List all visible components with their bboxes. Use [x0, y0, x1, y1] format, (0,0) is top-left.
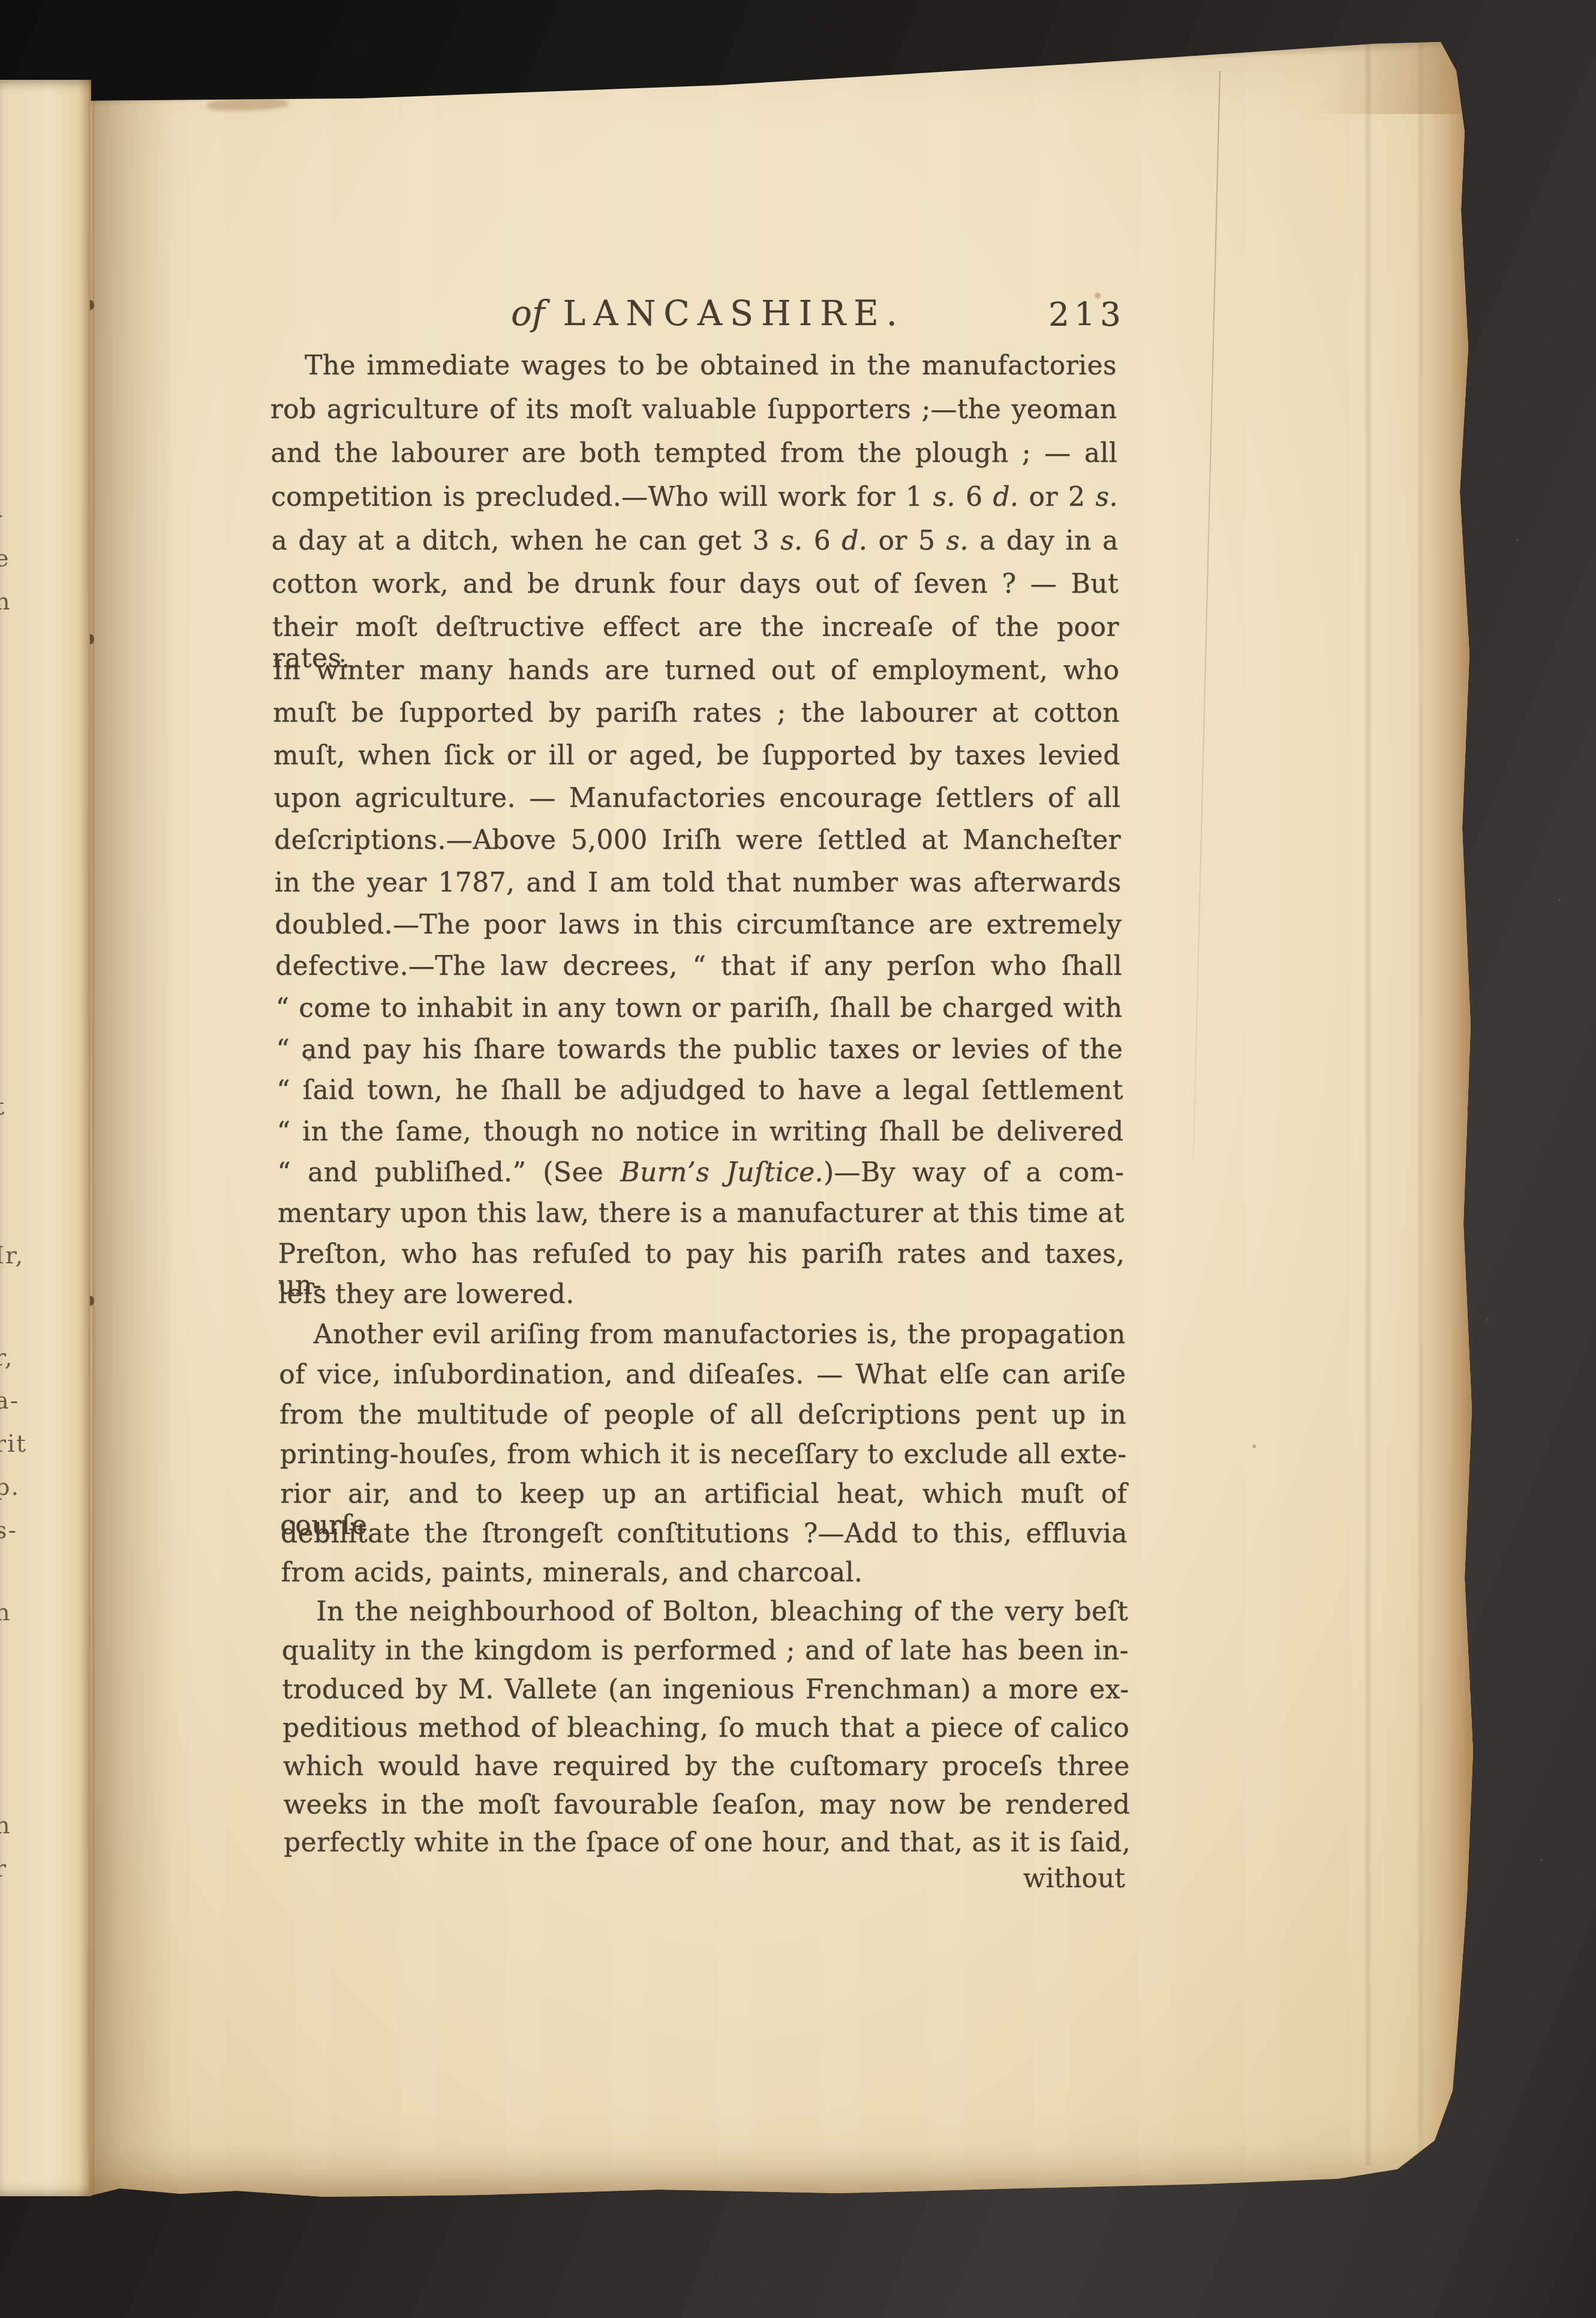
text-segment: Burn’s Juſtice.	[620, 1157, 823, 1188]
text-line: troduced by M. Vallete (an ingenious Fre…	[282, 1674, 1129, 1707]
text-segment: of vice, inſubordination, and diſeaſes. …	[279, 1359, 1126, 1390]
text-segment: debilitate the ſtrongeſt conſtitutions ?…	[281, 1518, 1128, 1549]
margin-fragment: e	[0, 545, 10, 572]
book-page: ofLANCASHIRE. 213 The immediate wages to…	[84, 36, 1483, 2202]
page-number: 213	[1048, 295, 1126, 334]
text-segment: or 2	[1018, 482, 1095, 512]
text-line: doubled.—The poor laws in this circumſta…	[275, 909, 1122, 942]
text-segment: in the year 1787, and I am told that num…	[275, 867, 1122, 898]
text-line: “ come to inhabit in any town or pariſh,…	[276, 993, 1123, 1025]
text-segment: d.	[993, 482, 1019, 512]
text-segment: rob agriculture of its moſt valuable ſup…	[270, 394, 1117, 425]
text-segment: s.	[933, 482, 955, 512]
facing-page-edge: -entIr,r,a-ritp.s-hhr	[0, 80, 91, 2196]
text-line: mentary upon this law, there is a manufa…	[278, 1198, 1125, 1230]
margin-fragment: p.	[0, 1473, 20, 1501]
margin-fragment: Ir,	[0, 1242, 24, 1269]
text-line: printing-houſes, from which it is neceſſ…	[280, 1439, 1127, 1472]
margin-fragment: a-	[0, 1387, 19, 1415]
text-segment: competition is precluded.—Who will work …	[271, 482, 933, 512]
text-segment: cotton work, and be drunk four days out …	[272, 569, 1119, 599]
text-line: In the neighbourhood of Bolton, bleachin…	[316, 1596, 1128, 1629]
text-segment: “ and pay his ſhare towards the public t…	[276, 1034, 1123, 1065]
text-segment: In the neighbourhood of Bolton, bleachin…	[316, 1596, 1128, 1627]
text-segment: a day at a ditch, when he can get 3	[272, 526, 781, 556]
margin-fragment: -	[0, 501, 4, 529]
text-segment: “ ſaid town, he ſhall be adjudged to hav…	[276, 1075, 1123, 1106]
text-line: peditious method of bleaching, ſo much t…	[282, 1713, 1129, 1745]
text-segment: weeks in the moſt favourable ſeaſon, may…	[283, 1789, 1130, 1820]
text-line: “ ſaid town, he ſhall be adjudged to hav…	[276, 1075, 1123, 1107]
text-line: rior air, and to keep up an artificial h…	[280, 1479, 1127, 1511]
text-segment: 6	[955, 482, 993, 512]
text-line: rob agriculture of its moſt valuable ſup…	[270, 394, 1117, 427]
text-line: from the multitude of people of all deſc…	[279, 1400, 1126, 1432]
text-segment: “ come to inhabit in any town or pariſh,…	[276, 993, 1123, 1023]
text-segment: from acids, paints, minerals, and charco…	[281, 1557, 863, 1588]
text-block: ofLANCASHIRE. 213 The immediate wages to…	[84, 36, 1483, 2202]
text-line: Preſton, who has refuſed to pay his pari…	[278, 1239, 1125, 1271]
text-line: a day at a ditch, when he can get 3 s. 6…	[272, 526, 1119, 558]
margin-fragment: rit	[0, 1430, 27, 1458]
text-line: deſcriptions.—Above 5,000 Iriſh were ſet…	[274, 825, 1121, 857]
text-segment: quality in the kingdom is performed ; an…	[282, 1635, 1129, 1666]
text-segment: mentary upon this law, there is a manufa…	[278, 1198, 1125, 1229]
text-segment: In winter many hands are turned out of e…	[272, 655, 1119, 686]
text-line: Another evil ariſing from manufactories …	[314, 1319, 1126, 1352]
margin-fragment: n	[0, 588, 11, 615]
margin-fragment: h	[0, 1812, 11, 1839]
text-line: which would have required by the cuſtoma…	[283, 1751, 1130, 1783]
text-segment: and the labourer are both tempted from t…	[270, 438, 1117, 469]
text-segment: s.	[1096, 482, 1118, 512]
margin-fragment: h	[0, 1599, 11, 1626]
text-line: cotton work, and be drunk four days out …	[272, 569, 1119, 601]
text-segment: a day in a	[969, 526, 1119, 556]
text-segment: which would have required by the cuſtoma…	[283, 1751, 1130, 1782]
text-line: quality in the kingdom is performed ; an…	[282, 1635, 1129, 1668]
margin-fragment: t	[0, 1093, 5, 1121]
text-line: in the year 1787, and I am told that num…	[275, 867, 1122, 900]
text-segment: muſt, when ſick or ill or aged, be ſuppo…	[273, 740, 1120, 771]
header-title: LANCASHIRE.	[563, 294, 905, 334]
text-line: competition is precluded.—Who will work …	[271, 482, 1118, 514]
text-line: The immediate wages to be obtained in th…	[305, 350, 1117, 383]
text-segment: s.	[946, 526, 969, 556]
text-segment: or 5	[867, 526, 946, 556]
text-line: leſs they are lowered.	[278, 1279, 1125, 1311]
text-line: from acids, paints, minerals, and charco…	[281, 1557, 1128, 1590]
text-line: debilitate the ſtrongeſt conſtitutions ?…	[281, 1518, 1128, 1551]
text-segment: leſs they are lowered.	[278, 1279, 574, 1310]
text-line: their moſt deſtructive effect are the in…	[272, 612, 1119, 644]
text-segment: from the multitude of people of all deſc…	[279, 1400, 1126, 1430]
text-line: muſt be ſupported by pariſh rates ; the …	[273, 698, 1120, 730]
header-section-label: of	[511, 293, 545, 334]
text-line: and the labourer are both tempted from t…	[270, 438, 1117, 470]
text-segment: muſt be ſupported by pariſh rates ; the …	[273, 698, 1120, 728]
text-segment: s.	[780, 526, 802, 556]
text-segment: doubled.—The poor laws in this circumſta…	[275, 909, 1122, 940]
text-segment: troduced by M. Vallete (an ingenious Fre…	[282, 1674, 1129, 1705]
text-line: perfectly white in the ſpace of one hour…	[284, 1827, 1131, 1860]
text-line: “ and pay his ſhare towards the public t…	[276, 1034, 1123, 1067]
margin-fragment: r,	[0, 1344, 13, 1371]
text-segment: perfectly white in the ſpace of one hour…	[284, 1827, 1131, 1858]
text-segment: d.	[841, 526, 867, 556]
margin-fragment: r	[0, 1855, 7, 1882]
running-header: ofLANCASHIRE.	[511, 293, 905, 334]
margin-fragment: s-	[0, 1517, 17, 1544]
text-segment: printing-houſes, from which it is neceſſ…	[280, 1439, 1127, 1470]
text-segment: defective.—The law decrees, “ that if an…	[275, 951, 1122, 981]
text-segment: )—By way of a com-	[823, 1157, 1124, 1188]
text-segment: Another evil ariſing from manufactories …	[314, 1319, 1126, 1350]
text-line: weeks in the moſt favourable ſeaſon, may…	[283, 1789, 1130, 1822]
book-scan: -entIr,r,a-ritp.s-hhr ofLANCASHIRE. 213 …	[0, 0, 1596, 2318]
text-line: defective.—The law decrees, “ that if an…	[275, 951, 1122, 983]
text-line: of vice, inſubordination, and diſeaſes. …	[279, 1359, 1126, 1392]
text-segment: peditious method of bleaching, ſo much t…	[282, 1713, 1129, 1743]
text-segment: 6	[803, 526, 842, 556]
text-line: “ and publiſhed.” (See Burn’s Juſtice.)—…	[277, 1157, 1124, 1190]
text-line: “ in the ſame, though no notice in writi…	[277, 1116, 1124, 1149]
text-line: upon agriculture. — Manufactories encour…	[273, 783, 1120, 815]
catchword: without	[936, 1863, 1125, 1894]
text-line: In winter many hands are turned out of e…	[272, 655, 1119, 687]
text-segment: deſcriptions.—Above 5,000 Iriſh were ſet…	[274, 825, 1121, 855]
text-segment: upon agriculture. — Manufactories encour…	[273, 783, 1120, 813]
text-segment: “ and publiſhed.” (See	[277, 1157, 620, 1188]
text-line: muſt, when ſick or ill or aged, be ſuppo…	[273, 740, 1120, 773]
text-segment: “ in the ſame, though no notice in writi…	[277, 1116, 1124, 1147]
text-segment: The immediate wages to be obtained in th…	[305, 350, 1117, 381]
